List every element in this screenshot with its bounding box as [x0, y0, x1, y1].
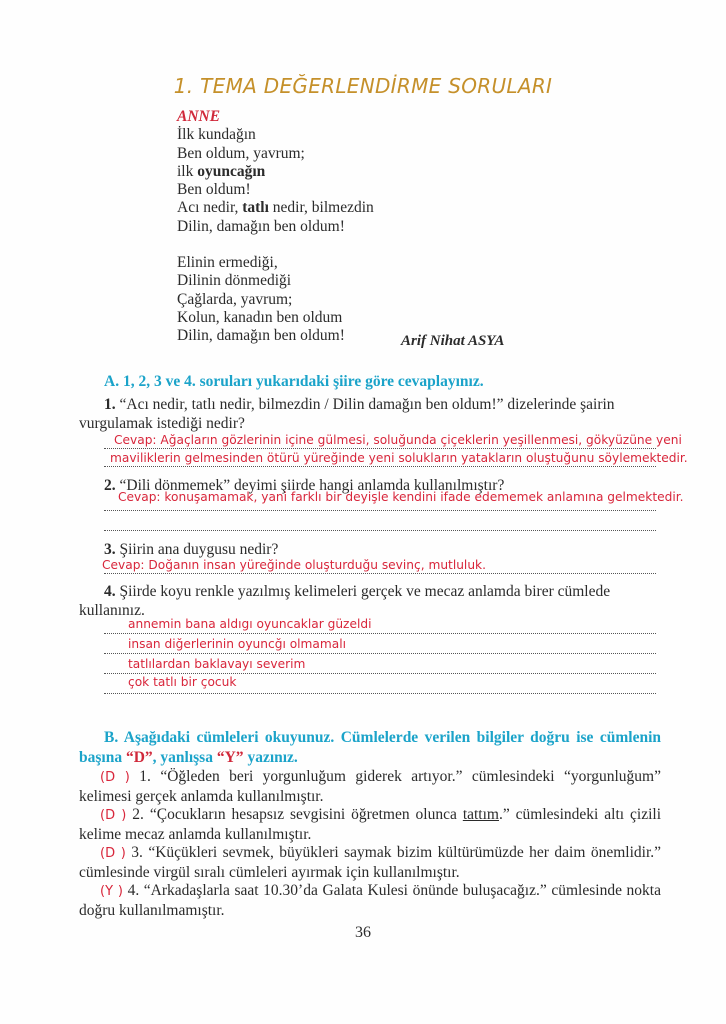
poem-line: Kolun, kanadın ben oldum: [177, 309, 374, 327]
question-1: 1. “Acı nedir, tatlı nedir, bilmezdin / …: [79, 395, 661, 433]
statement-3: (D ) 3. “Küçükleri sevmek, büyükleri say…: [79, 843, 661, 882]
question-4: 4. Şiirde koyu renkle yazılmış kelimeler…: [79, 582, 661, 620]
answer-line: [104, 653, 656, 654]
question-number: 3.: [104, 541, 116, 558]
answer-4-sentence: insan diğerlerinin oyuncğı olmamalı: [128, 637, 346, 651]
question-text: Şiirde koyu renkle yazılmış kelimeleri g…: [79, 583, 610, 619]
poem-line: ilk oyuncağın: [177, 163, 374, 181]
answer-line: [104, 466, 656, 467]
poem-line: Çağlarda, yavrum;: [177, 291, 374, 309]
poem-line: Dilinin dönmediği: [177, 272, 374, 290]
answer-4-sentence: çok tatlı bir çocuk: [128, 675, 236, 689]
answer-4-sentence: tatlılardan baklavayı severim: [128, 657, 305, 671]
page-number: 36: [0, 924, 726, 942]
statement-2: (D ) 2. “Çocukların hesapsız sevgisini ö…: [79, 805, 661, 844]
poem-line: Ben oldum, yavrum;: [177, 145, 374, 163]
worksheet-page: 1. TEMA DEĞERLENDİRME SORULARI ANNE İlk …: [0, 0, 726, 1024]
answer-line: [104, 633, 656, 634]
poem-line: İlk kundağın: [177, 126, 374, 144]
bold-word: tatlı: [242, 199, 269, 216]
section-a-heading: A. 1, 2, 3 ve 4. soruları yukarıdaki şii…: [104, 373, 484, 391]
question-text: “Acı nedir, tatlı nedir, bilmezdin / Dil…: [79, 396, 615, 432]
statement-4: (Y ) 4. “Arkadaşlarla saat 10.30’da Gala…: [79, 881, 661, 920]
question-number: 4.: [104, 583, 116, 600]
statement-text: 3. “Küçükleri sevmek, büyükleri saymak b…: [79, 844, 661, 881]
poem: ANNE İlk kundağın Ben oldum, yavrum; ilk…: [177, 108, 374, 346]
statement-1: (D ) 1. “Öğleden beri yorgunluğum gidere…: [79, 767, 661, 806]
answer-4-sentence: annemin bana aldıgı oyuncaklar güzeldi: [128, 617, 371, 631]
statement-text: 4. “Arkadaşlarla saat 10.30’da Galata Ku…: [79, 882, 661, 919]
answer-mark: (D ): [79, 846, 126, 861]
poem-text: nedir, bilmezdin: [269, 199, 374, 216]
answer-1-line-2: maviliklerin gelmesinden ötürü yüreğinde…: [110, 451, 688, 465]
poem-title: ANNE: [177, 108, 374, 126]
question-number: 2.: [104, 477, 116, 494]
poem-line: Acı nedir, tatlı nedir, bilmezdin: [177, 199, 374, 217]
poem-line: Ben oldum!: [177, 181, 374, 199]
bold-word: oyuncağın: [197, 163, 265, 180]
answer-line: [104, 510, 656, 511]
answer-line: [104, 573, 656, 574]
answer-line: [104, 448, 656, 449]
poem-text: Acı nedir,: [177, 199, 242, 216]
question-text: Şiirin ana duygusu nedir?: [116, 541, 279, 558]
answer-line: [104, 530, 656, 531]
heading-text: yazınız.: [244, 749, 298, 766]
question-number: 1.: [104, 396, 116, 413]
poem-author: Arif Nihat ASYA: [401, 333, 504, 350]
section-b-heading: B. Aşağıdaki cümleleri okuyunuz. Cümlele…: [79, 728, 661, 768]
underlined-word: tattım: [463, 806, 499, 823]
statement-text: 1. “Öğleden beri yorgunluğum giderek art…: [79, 768, 661, 805]
answer-2: Cevap: konuşamamak, yani farklı bir deyi…: [118, 490, 684, 504]
heading-d: “D”: [126, 749, 153, 766]
answer-line: [104, 673, 656, 674]
heading-y: “Y”: [217, 749, 244, 766]
poem-line: Elinin ermediği,: [177, 254, 374, 272]
page-title: 1. TEMA DEĞERLENDİRME SORULARI: [0, 74, 726, 98]
poem-line: Dilin, damağın ben oldum!: [177, 218, 374, 236]
answer-line: [104, 693, 656, 694]
statement-text: 2. “Çocukların hesapsız sevgisini öğretm…: [126, 806, 462, 823]
poem-text: ilk: [177, 163, 197, 180]
answer-3: Cevap: Doğanın insan yüreğinde oluşturdu…: [102, 558, 486, 572]
poem-line: Dilin, damağın ben oldum!: [177, 327, 374, 345]
answer-1-line-1: Cevap: Ağaçların gözlerinin içine gülmes…: [114, 433, 682, 447]
answer-mark: (D ): [79, 808, 126, 823]
question-3: 3. Şiirin ana duygusu nedir?: [79, 540, 661, 559]
answer-mark: (D ): [79, 770, 130, 785]
answer-mark: (Y ): [79, 884, 123, 899]
heading-text: , yanlışsa: [153, 749, 217, 766]
